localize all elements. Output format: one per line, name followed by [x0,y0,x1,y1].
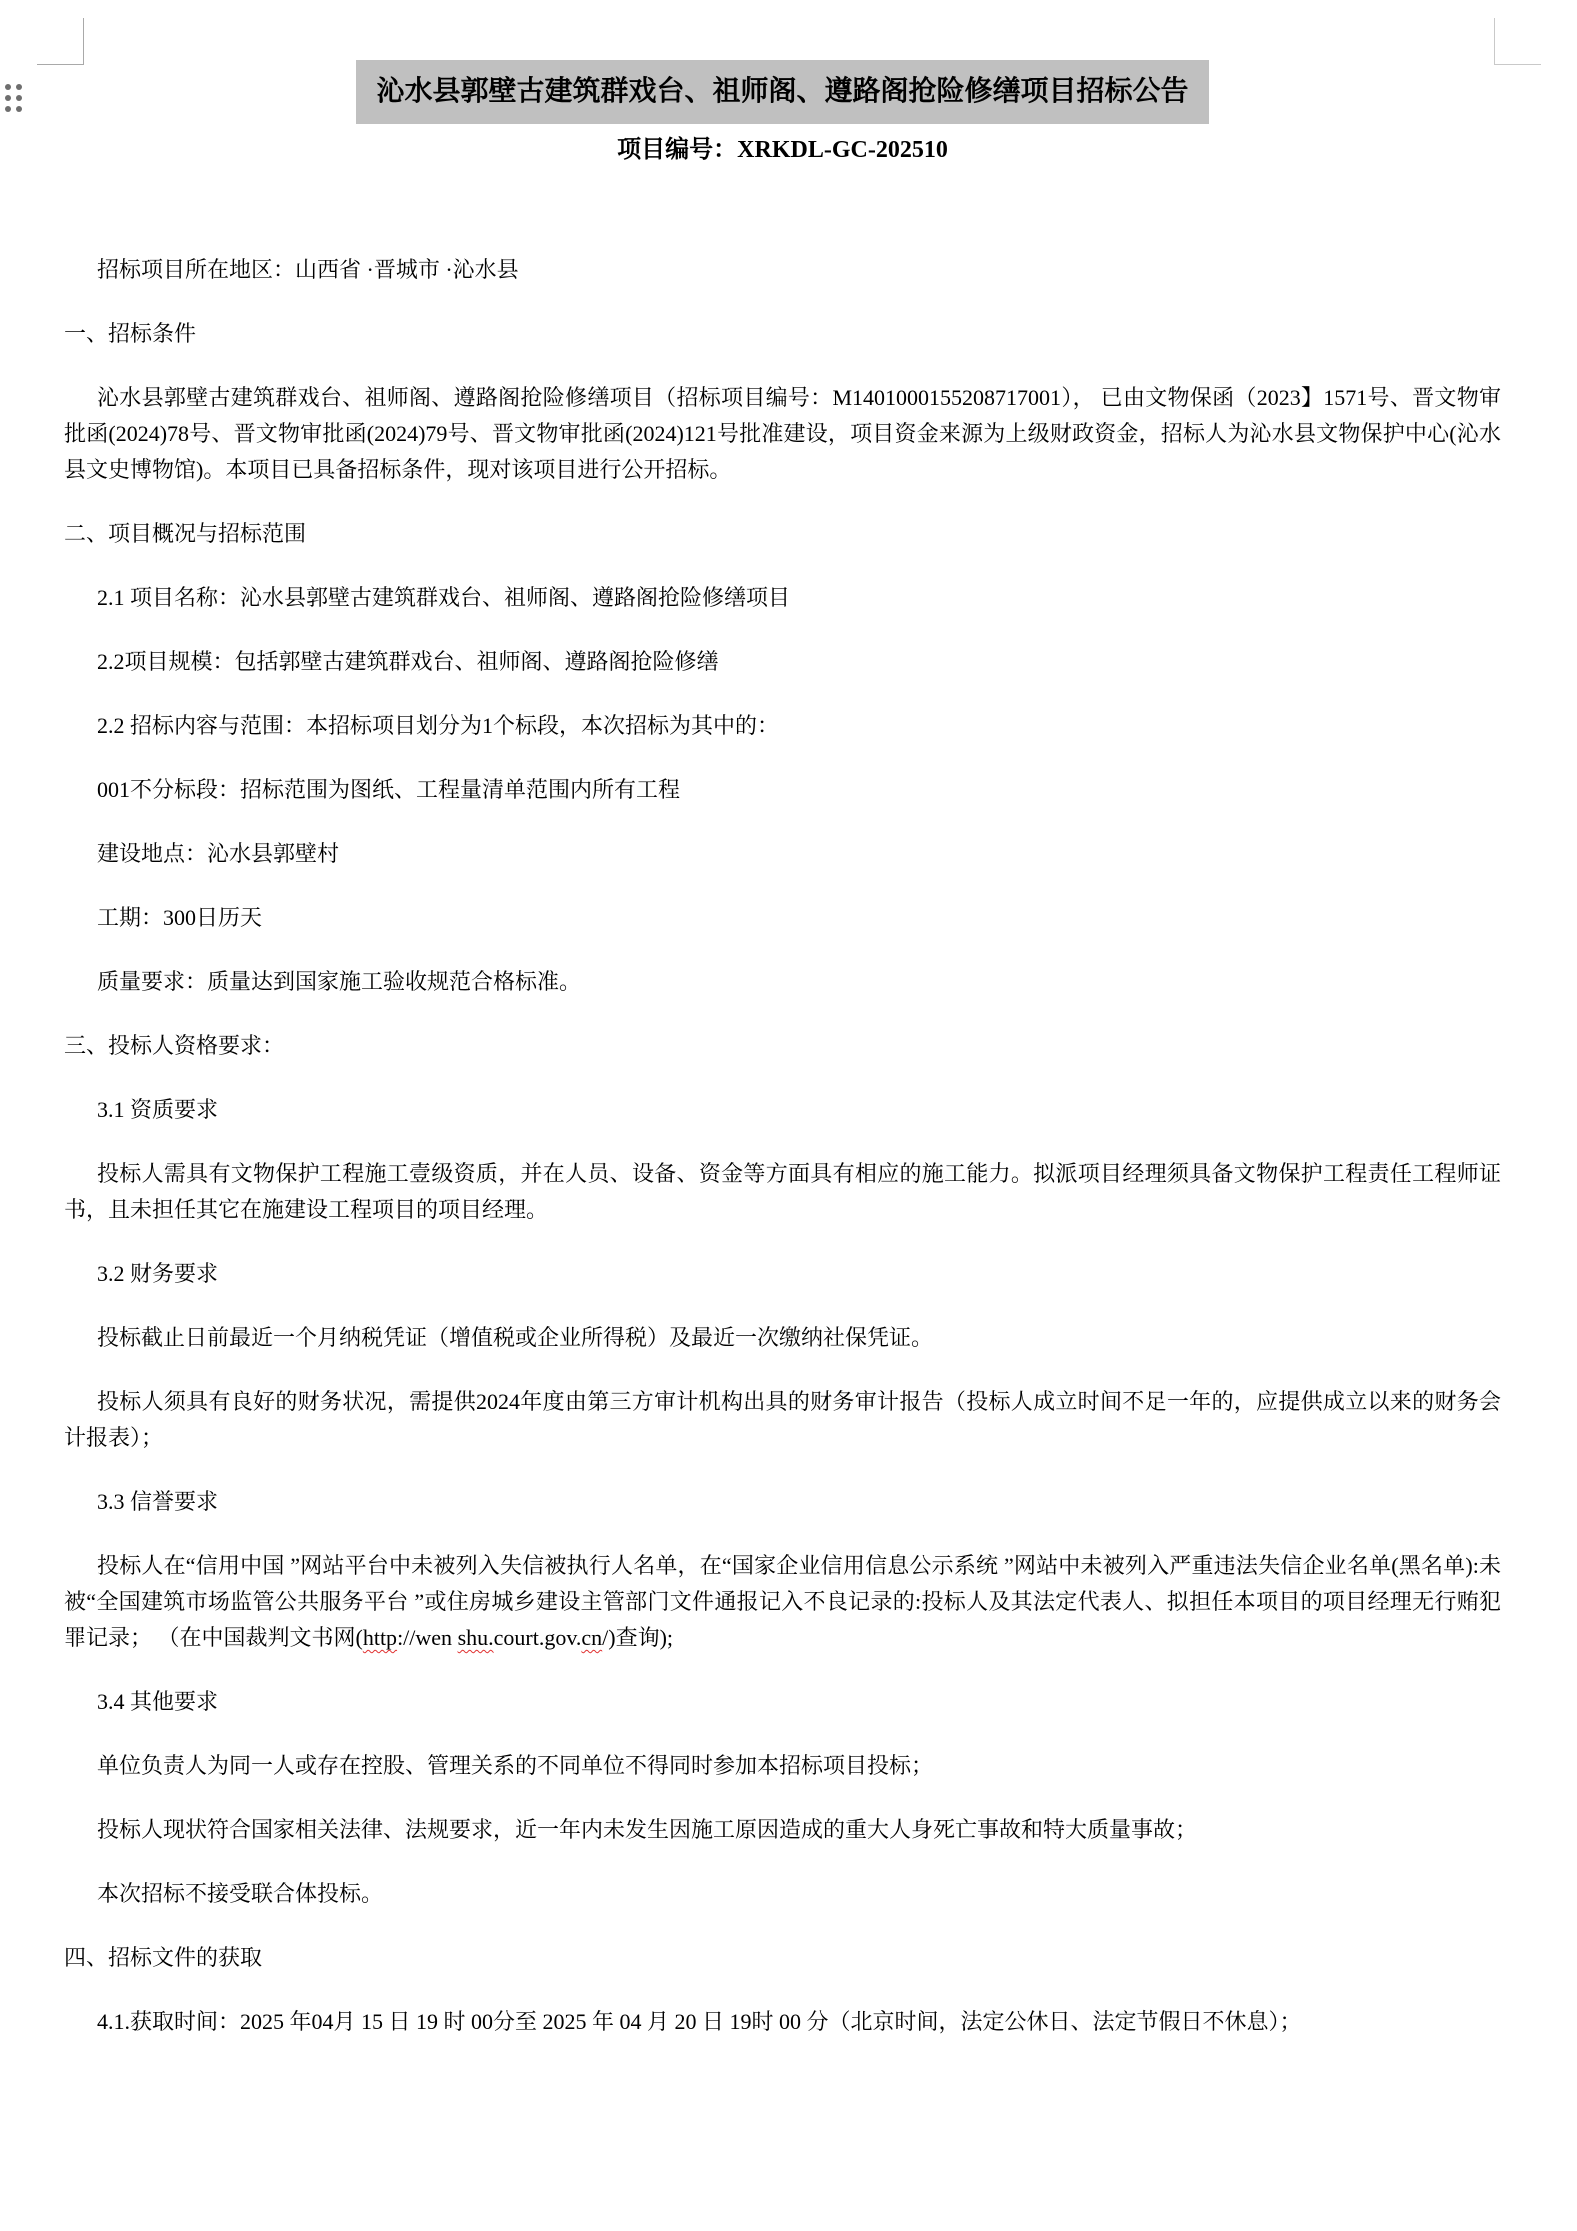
text-run: 单位负责人为同一人或存在控股、管理关系的不同单位不得同时参加本招标项目投标； [97,1753,933,1778]
paragraph: 质量要求：质量达到国家施工验收规范合格标准。 [64,964,1501,1000]
text-run: ://wen [397,1625,458,1650]
text-run: 4.1.获取时间：2025 年04月 15 日 19 时 00分至 2025 年… [97,2009,1302,2034]
paragraph: 建设地点：沁水县郭壁村 [64,836,1501,872]
text-run: 3.2 财务要求 [97,1261,218,1286]
paragraph: 招标项目所在地区：山西省 ·晋城市 ·沁水县 [64,252,1501,288]
text-run: 工期：300日历天 [97,905,262,930]
paragraph: 投标人在“信用中国 ”网站平台中未被列入失信被执行人名单，在“国家企业信用信息公… [64,1548,1501,1656]
paragraph: 投标人需具有文物保护工程施工壹级资质，并在人员、设备、资金等方面具有相应的施工能… [64,1156,1501,1228]
paragraph: 沁水县郭壁古建筑群戏台、祖师阁、遵路阁抢险修缮项目（招标项目编号：M140100… [64,380,1501,488]
text-run: 投标人须具有良好的财务状况，需提供2024年度由第三方审计机构出具的财务审计报告… [64,1389,1501,1450]
document-page: 沁水县郭壁古建筑群戏台、祖师阁、遵路阁抢险修缮项目招标公告 项目编号：XRKDL… [0,0,1577,2040]
page-corner-mark-right-icon [1494,18,1541,65]
section-heading: 二、项目概况与招标范围 [64,516,1501,552]
url-text: shu. [458,1625,494,1650]
paragraph: 工期：300日历天 [64,900,1501,936]
text-run: 3.3 信誉要求 [97,1489,218,1514]
project-number: 项目编号：XRKDL-GC-202510 [64,132,1501,168]
paragraph: 4.1.获取时间：2025 年04月 15 日 19 时 00分至 2025 年… [64,2004,1501,2040]
title-row: 沁水县郭壁古建筑群戏台、祖师阁、遵路阁抢险修缮项目招标公告 [64,60,1501,124]
section-heading: 三、投标人资格要求： [64,1028,1501,1064]
text-run: 2.2 招标内容与范围：本招标项目划分为1个标段，本次招标为其中的： [97,713,779,738]
text-run: 2.1 项目名称：沁水县郭壁古建筑群戏台、祖师阁、遵路阁抢险修缮项目 [97,585,790,610]
paragraph: 本次招标不接受联合体投标。 [64,1876,1501,1912]
paragraph: 3.4 其他要求 [64,1684,1501,1720]
paragraph: 投标人现状符合国家相关法律、法规要求，近一年内未发生因施工原因造成的重大人身死亡… [64,1812,1501,1848]
text-run: 本次招标不接受联合体投标。 [97,1881,383,1906]
text-run: 投标人需具有文物保护工程施工壹级资质，并在人员、设备、资金等方面具有相应的施工能… [64,1161,1501,1222]
text-run: 质量要求：质量达到国家施工验收规范合格标准。 [97,969,581,994]
text-run: 3.1 资质要求 [97,1097,218,1122]
paragraph: 2.2 招标内容与范围：本招标项目划分为1个标段，本次招标为其中的： [64,708,1501,744]
text-run: 001不分标段：招标范围为图纸、工程量清单范围内所有工程 [97,777,680,802]
document-title: 沁水县郭壁古建筑群戏台、祖师阁、遵路阁抢险修缮项目招标公告 [356,60,1208,124]
text-run: 3.4 其他要求 [97,1689,218,1714]
text-run: 投标人现状符合国家相关法律、法规要求，近一年内未发生因施工原因造成的重大人身死亡… [97,1817,1197,1842]
text-run: 建设地点：沁水县郭壁村 [97,841,339,866]
paragraph: 投标人须具有良好的财务状况，需提供2024年度由第三方审计机构出具的财务审计报告… [64,1384,1501,1456]
drag-handle-dot [5,95,11,101]
text-run: 二、项目概况与招标范围 [64,521,306,546]
document-content: 招标项目所在地区：山西省 ·晋城市 ·沁水县一、招标条件沁水县郭壁古建筑群戏台、… [64,252,1501,2040]
url-text: http [363,1625,397,1650]
text-run: 投标截止日前最近一个月纳税凭证（增值税或企业所得税）及最近一次缴纳社保凭证。 [97,1325,933,1350]
text-run: 2.2项目规模：包括郭壁古建筑群戏台、祖师阁、遵路阁抢险修缮 [97,649,719,674]
text-run: court.gov. [494,1625,582,1650]
text-run: 沁水县郭壁古建筑群戏台、祖师阁、遵路阁抢险修缮项目（招标项目编号：M140100… [64,385,1501,482]
text-run: 四、招标文件的获取 [64,1945,262,1970]
text-run: 一、招标条件 [64,321,196,346]
drag-handle-dot [5,84,11,90]
drag-handle-dot [16,95,22,101]
drag-handle-dot [5,106,11,112]
text-run: 三、投标人资格要求： [64,1033,284,1058]
drag-handle-dot [16,106,22,112]
text-run: 投标人在“信用中国 ”网站平台中未被列入失信被执行人名单，在“国家企业信用信息公… [64,1553,1501,1650]
paragraph: 001不分标段：招标范围为图纸、工程量清单范围内所有工程 [64,772,1501,808]
text-run: /)查询); [602,1625,673,1650]
section-heading: 四、招标文件的获取 [64,1940,1501,1976]
url-text: cn [581,1625,602,1650]
paragraph: 3.1 资质要求 [64,1092,1501,1128]
page-corner-mark-left-icon [37,18,84,65]
paragraph: 3.2 财务要求 [64,1256,1501,1292]
drag-handle-icon[interactable] [5,84,22,112]
drag-handle-dot [16,84,22,90]
text-run: 招标项目所在地区：山西省 ·晋城市 ·沁水县 [97,257,519,282]
paragraph: 3.3 信誉要求 [64,1484,1501,1520]
paragraph: 单位负责人为同一人或存在控股、管理关系的不同单位不得同时参加本招标项目投标； [64,1748,1501,1784]
paragraph: 2.2项目规模：包括郭壁古建筑群戏台、祖师阁、遵路阁抢险修缮 [64,644,1501,680]
paragraph: 投标截止日前最近一个月纳税凭证（增值税或企业所得税）及最近一次缴纳社保凭证。 [64,1320,1501,1356]
paragraph: 2.1 项目名称：沁水县郭壁古建筑群戏台、祖师阁、遵路阁抢险修缮项目 [64,580,1501,616]
section-heading: 一、招标条件 [64,316,1501,352]
